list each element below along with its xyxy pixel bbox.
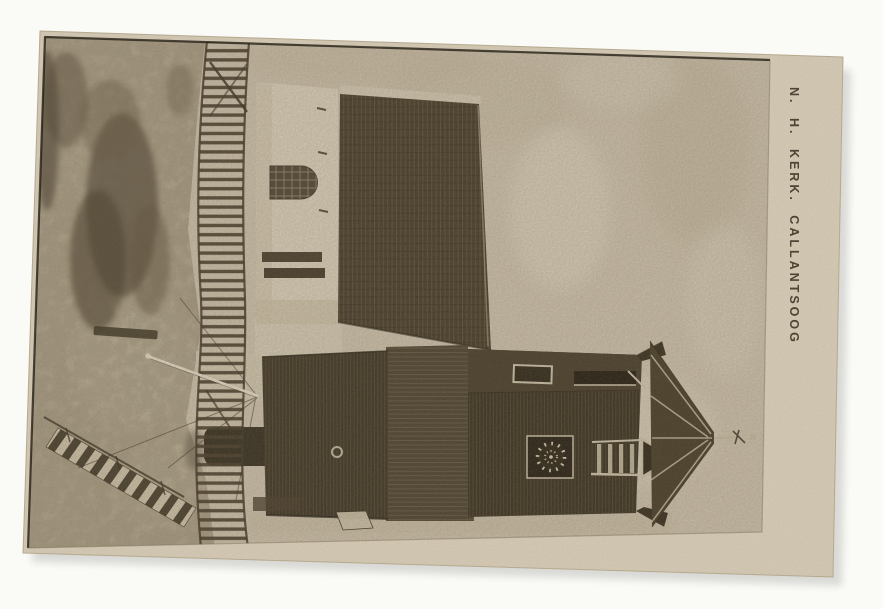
scanner-background: N. H. KERK. CALLANTSOOG xyxy=(0,0,883,609)
caption-text: N. H. KERK. CALLANTSOOG xyxy=(787,87,801,345)
photo xyxy=(20,30,780,550)
postcard-photo-scan xyxy=(0,0,883,609)
